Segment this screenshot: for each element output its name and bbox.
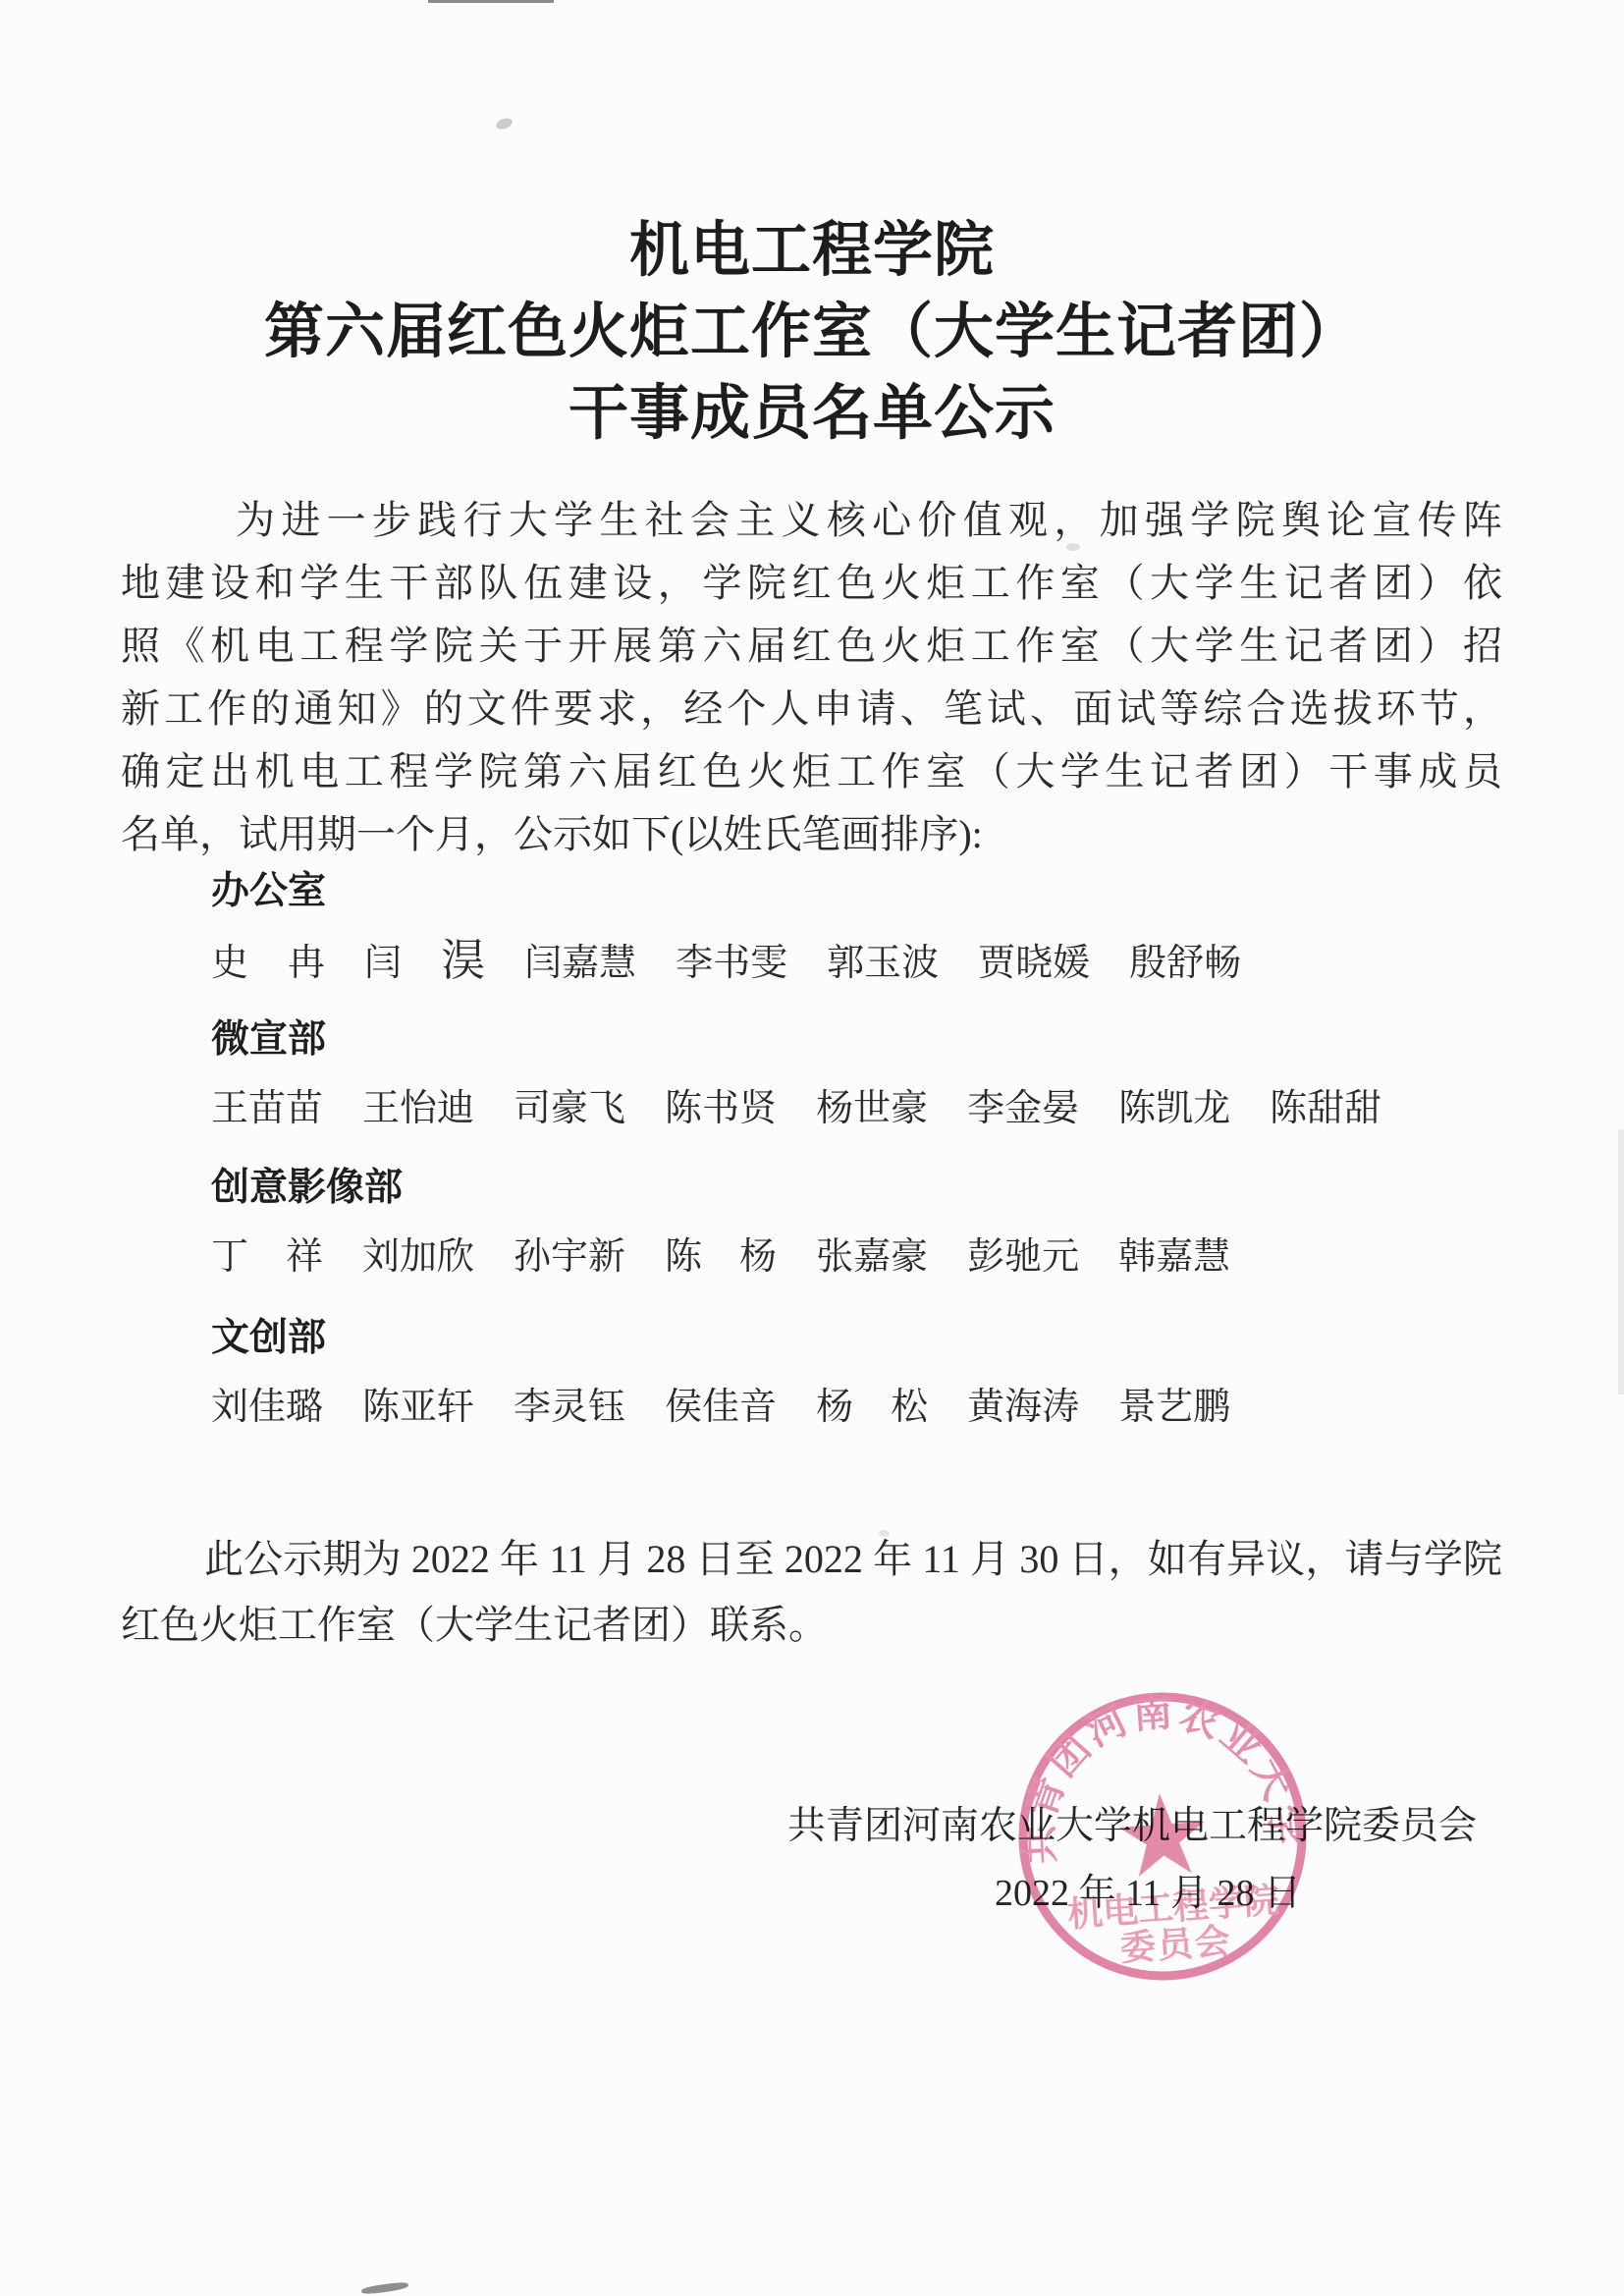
section-title: 创意影像部 bbox=[211, 1167, 1517, 1210]
intro-line: 名单，试用期一个月，公示如下(以姓氏笔画排序): bbox=[121, 803, 1502, 866]
intro-line: 为进一步践行大学生社会主义核心价值观，加强学院舆论宣传阵 bbox=[121, 489, 1502, 552]
member-name: 彭驰元 bbox=[967, 1235, 1079, 1279]
member-name: 郭玉波 bbox=[827, 942, 939, 985]
member-name: 史 bbox=[211, 942, 248, 985]
closing-paragraph: 此公示期为 2022 年 11 月 28 日至 2022 年 11 月 30 日… bbox=[121, 1526, 1502, 1658]
title-line-2: 第六届红色火炬工作室（大学生记者团） bbox=[0, 292, 1624, 373]
member-name: 张嘉豪 bbox=[816, 1235, 928, 1279]
member-name: 李书雯 bbox=[676, 942, 787, 985]
section-creative: 文创部 刘佳璐陈亚轩李灵钰侯佳音杨 松黄海涛景艺鹏 bbox=[211, 1317, 1517, 1360]
closing-line: 此公示期为 2022 年 11 月 28 日至 2022 年 11 月 30 日… bbox=[121, 1526, 1502, 1592]
member-name: 侯佳音 bbox=[665, 1386, 777, 1429]
section-title: 微宣部 bbox=[211, 1018, 1517, 1062]
star-icon bbox=[1116, 1790, 1208, 1878]
intro-line: 地建设和学生干部队伍建设，学院红色火炬工作室（大学生记者团）依 bbox=[121, 552, 1502, 615]
member-name: 景艺鹏 bbox=[1118, 1386, 1230, 1429]
member-name: 黄海涛 bbox=[967, 1386, 1079, 1429]
section-media: 创意影像部 丁 祥刘加欣孙宇新陈 杨张嘉豪彭驰元韩嘉慧 bbox=[211, 1167, 1517, 1210]
member-name-row: 丁 祥刘加欣孙宇新陈 杨张嘉豪彭驰元韩嘉慧 bbox=[211, 1235, 1230, 1279]
member-name: 陈 杨 bbox=[665, 1235, 777, 1279]
intro-line: 照《机电工程学院关于开展第六届红色火炬工作室（大学生记者团）招 bbox=[121, 615, 1502, 678]
intro-paragraph: 为进一步践行大学生社会主义核心价值观，加强学院舆论宣传阵 地建设和学生干部队伍建… bbox=[121, 489, 1502, 866]
section-title: 办公室 bbox=[211, 870, 1517, 913]
section-office: 办公室 史冉闫淏闫嘉慧李书雯郭玉波贾晓媛殷舒畅 bbox=[211, 870, 1517, 913]
member-name: 陈书贤 bbox=[665, 1087, 777, 1130]
member-name-row: 王苗苗王怡迪司豪飞陈书贤杨世豪李金晏陈凯龙陈甜甜 bbox=[211, 1087, 1381, 1130]
section-wechat: 微宣部 王苗苗王怡迪司豪飞陈书贤杨世豪李金晏陈凯龙陈甜甜 bbox=[211, 1018, 1517, 1062]
member-name-row: 史冉闫淏闫嘉慧李书雯郭玉波贾晓媛殷舒畅 bbox=[211, 939, 1241, 985]
member-name: 闫嘉慧 bbox=[524, 942, 636, 985]
member-name: 殷舒畅 bbox=[1129, 942, 1241, 985]
member-name: 王苗苗 bbox=[211, 1087, 323, 1130]
scan-edge-shading bbox=[1618, 1129, 1624, 1394]
member-name: 李灵钰 bbox=[514, 1386, 625, 1429]
title-line-1: 机电工程学院 bbox=[0, 210, 1624, 292]
intro-line: 确定出机电工程学院第六届红色火炬工作室（大学生记者团）干事成员 bbox=[121, 740, 1502, 803]
member-name-row: 刘佳璐陈亚轩李灵钰侯佳音杨 松黄海涛景艺鹏 bbox=[211, 1386, 1230, 1429]
member-name: 陈凯龙 bbox=[1118, 1087, 1230, 1130]
scan-bottom-mark bbox=[361, 2281, 409, 2296]
member-name: 刘佳璐 bbox=[211, 1386, 323, 1429]
member-name: 韩嘉慧 bbox=[1118, 1235, 1230, 1279]
seal-inner-line2: 委员会 bbox=[1118, 1920, 1233, 1968]
scan-edge-mark bbox=[428, 0, 554, 3]
member-name: 陈亚轩 bbox=[362, 1386, 474, 1429]
official-seal: 共青团河南农业大学 机电工程学院 委员会 bbox=[985, 1659, 1341, 2015]
title-line-3: 干事成员名单公示 bbox=[0, 373, 1624, 455]
member-name: 陈甜甜 bbox=[1270, 1087, 1381, 1130]
member-name: 淏 bbox=[441, 939, 485, 982]
member-name: 杨 松 bbox=[816, 1386, 928, 1429]
member-name: 闫 bbox=[364, 942, 402, 985]
document-title: 机电工程学院 第六届红色火炬工作室（大学生记者团） 干事成员名单公示 bbox=[0, 210, 1624, 455]
member-name: 冉 bbox=[288, 942, 325, 985]
closing-line: 红色火炬工作室（大学生记者团）联系。 bbox=[121, 1592, 1502, 1658]
member-name: 贾晓媛 bbox=[978, 942, 1090, 985]
intro-line: 新工作的通知》的文件要求，经个人申请、笔试、面试等综合选拔环节， bbox=[121, 678, 1502, 740]
announcement-document: 机电工程学院 第六届红色火炬工作室（大学生记者团） 干事成员名单公示 为进一步践… bbox=[0, 0, 1624, 2296]
member-name: 杨世豪 bbox=[816, 1087, 928, 1130]
member-name: 司豪飞 bbox=[514, 1087, 625, 1130]
member-name: 刘加欣 bbox=[362, 1235, 474, 1279]
section-title: 文创部 bbox=[211, 1317, 1517, 1360]
member-name: 孙宇新 bbox=[514, 1235, 625, 1279]
member-name: 丁 祥 bbox=[211, 1235, 323, 1279]
member-name: 李金晏 bbox=[967, 1087, 1079, 1130]
member-name: 王怡迪 bbox=[362, 1087, 474, 1130]
scan-smudge bbox=[495, 116, 514, 131]
